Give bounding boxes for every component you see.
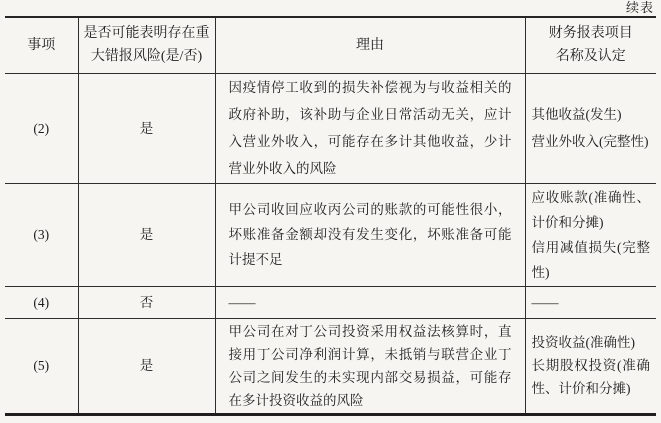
table-row-3: (3) 是 甲公司收回应收丙公司的账款的可能性很小，坏账准备金额却没有发生变化，… — [5, 183, 656, 286]
header-reason: 理由 — [215, 17, 525, 73]
table-row-5: (5) 是 甲公司在对丁公司投资采用权益法核算时，直接用丁公司净利润计算，未抵销… — [5, 318, 656, 414]
table-row-4: (4) 否 —— —— — [5, 286, 656, 318]
cell-risk-3: 是 — [78, 183, 215, 286]
table-header-row: 事项 是否可能表明存在重 大错报风险(是/否) 理由 财务报表项目 名称及认定 — [5, 17, 656, 73]
cell-risk-4: 否 — [78, 286, 215, 318]
cell-item-4: (4) — [5, 286, 78, 318]
continued-table-label: 续表 — [626, 0, 654, 16]
fs-entry: —— — [532, 290, 651, 315]
table-row-2: (2) 是 因疫情停工收到的损失补偿视为与收益相关的政府补助，该补助与企业日常活… — [5, 73, 656, 183]
fs-entry: 营业外收入(完整性) — [532, 128, 651, 155]
cell-fs-2: 其他收益(发生) 营业外收入(完整性) — [525, 73, 656, 183]
cell-reason-5: 甲公司在对丁公司投资采用权益法核算时，直接用丁公司净利润计算，未抵销与联营企业丁… — [215, 318, 525, 414]
fs-entry: 其他收益(发生) — [532, 101, 651, 128]
cell-item-2: (2) — [5, 73, 78, 183]
scanned-document-page: 续表 事项 是否可能表明存在重 大错报风险(是/否) 理由 财务报表项目 名称及… — [0, 0, 661, 423]
header-item: 事项 — [5, 17, 78, 73]
cell-fs-5: 投资收益(准确性) 长期股权投资(准确性、计价和分摊) — [525, 318, 656, 414]
fs-entry: 应收账款(准确性、计价和分摊) — [532, 185, 651, 235]
header-risk: 是否可能表明存在重 大错报风险(是/否) — [78, 17, 215, 73]
fs-entry: 投资收益(准确性) — [532, 331, 651, 354]
cell-reason-2: 因疫情停工收到的损失补偿视为与收益相关的政府补助，该补助与企业日常活动无关，应计… — [215, 73, 525, 183]
cell-fs-3: 应收账款(准确性、计价和分摊) 信用减值损失(完整性) — [525, 183, 656, 286]
fs-entry: 长期股权投资(准确性、计价和分摊) — [532, 354, 651, 400]
cell-fs-4: —— — [525, 286, 656, 318]
cell-risk-2: 是 — [78, 73, 215, 183]
cell-reason-3: 甲公司收回应收丙公司的账款的可能性很小，坏账准备金额却没有发生变化，坏账准备可能… — [215, 183, 525, 286]
cell-risk-5: 是 — [78, 318, 215, 414]
cell-item-3: (3) — [5, 183, 78, 286]
header-fs-item: 财务报表项目 名称及认定 — [525, 17, 656, 73]
audit-risk-table: 事项 是否可能表明存在重 大错报风险(是/否) 理由 财务报表项目 名称及认定 … — [5, 16, 656, 416]
fs-entry: 信用减值损失(完整性) — [532, 235, 651, 285]
cell-item-5: (5) — [5, 318, 78, 414]
cell-reason-4: —— — [215, 286, 525, 318]
